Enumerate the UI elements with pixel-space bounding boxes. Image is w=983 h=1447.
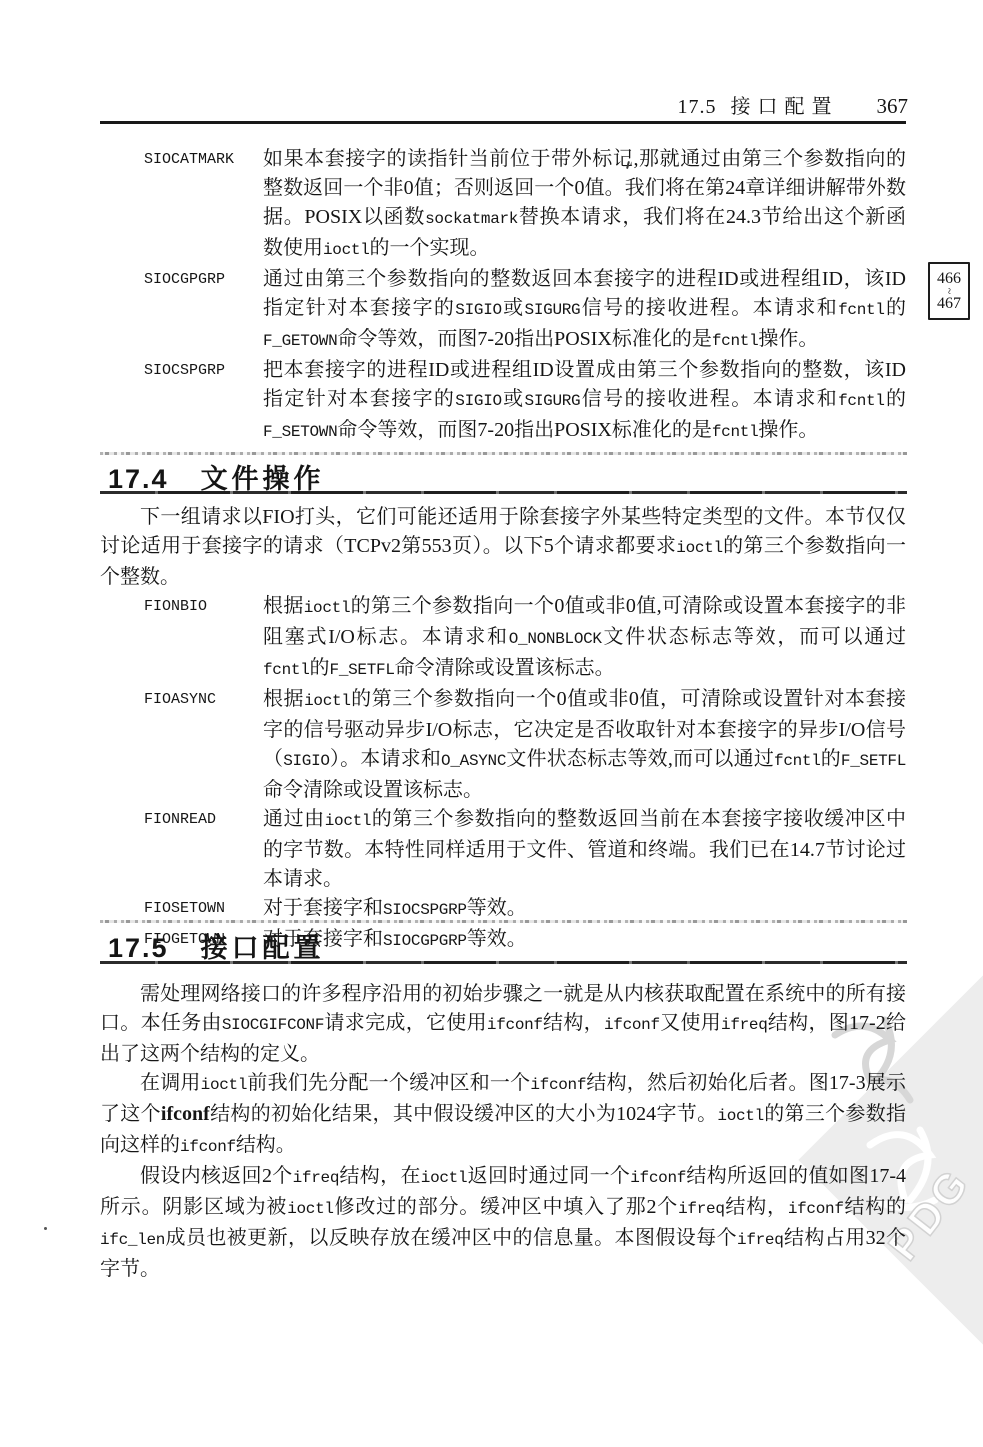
file-ops-intro: 下一组请求以FIO打头，它们可能还适用于除套接字外某些特定类型的文件。本节仅仅讨… [100, 503, 906, 592]
list-item: FIOASYNC 根据ioctl的第三个参数指向一个0值或非0值，可清除或设置针… [100, 685, 906, 805]
socket-requests-list: SIOCATMARK 如果本套接字的读指针当前位于带外标记,那就通过由第三个参数… [100, 145, 906, 447]
scan-dot-artifact [44, 1227, 47, 1230]
request-description: 通过由第三个参数指向的整数返回本套接字的进程ID或进程组ID，该ID指定针对本套… [263, 265, 906, 356]
book-page: PDG 17.5 接口配置 367 466 ~ 467 SIOCATMARK 如… [0, 0, 983, 1447]
heading-underline [100, 491, 907, 494]
section-divider [100, 452, 907, 455]
paragraph: 需处理网络接口的许多程序沿用的初始步骤之一就是从内核获取配置在系统中的所有接口。… [100, 980, 906, 1069]
request-term: FIONREAD [100, 805, 263, 894]
request-description: 通过由ioctl的第三个参数指向的整数返回当前在本套接字接收缓冲区中的字节数。本… [263, 805, 906, 894]
section-number: 17.5 [108, 933, 169, 964]
request-term: SIOCATMARK [100, 145, 263, 265]
list-item: SIOCGPGRP 通过由第三个参数指向的整数返回本套接字的进程ID或进程组ID… [100, 265, 906, 356]
request-description: 根据ioctl的第三个参数指向一个0值或非0值，可清除或设置针对本套接字的信号驱… [263, 685, 906, 805]
request-description: 如果本套接字的读指针当前位于带外标记,那就通过由第三个参数指向的整数返回一个非0… [263, 145, 906, 265]
running-header-section-number: 17.5 [678, 96, 717, 119]
margin-note-top: 466 [937, 271, 961, 286]
section-title: 接口配置 [201, 926, 325, 965]
list-item: SIOCSPGRP 把本套接字的进程ID或进程组ID设置成由第三个参数指向的整数… [100, 356, 906, 447]
margin-page-range-note: 466 ~ 467 [928, 262, 970, 320]
interface-config-body: 需处理网络接口的许多程序沿用的初始步骤之一就是从内核获取配置在系统中的所有接口。… [100, 980, 906, 1284]
margin-note-bottom: 467 [937, 296, 961, 311]
running-header-section-title: 接口配置 [731, 90, 839, 119]
request-description: 根据ioctl的第三个参数指向一个0值或非0值,可清除或设置本套接字的非阻塞式I… [263, 592, 906, 685]
paragraph: 在调用ioctl前我们先分配一个缓冲区和一个ifconf结构，然后初始化后者。图… [100, 1069, 906, 1162]
list-item: SIOCATMARK 如果本套接字的读指针当前位于带外标记,那就通过由第三个参数… [100, 145, 906, 265]
paragraph: 下一组请求以FIO打头，它们可能还适用于除套接字外某些特定类型的文件。本节仅仅讨… [100, 503, 906, 592]
section-heading-17-5: 17.5 接口配置 [108, 926, 325, 965]
running-header: 17.5 接口配置 367 [100, 90, 908, 119]
running-header-page-number: 367 [877, 94, 909, 119]
request-term: SIOCGPGRP [100, 265, 263, 356]
file-requests-list: FIONBIO 根据ioctl的第三个参数指向一个0值或非0值,可清除或设置本套… [100, 592, 906, 956]
list-item: FIONREAD 通过由ioctl的第三个参数指向的整数返回当前在本套接字接收缓… [100, 805, 906, 894]
request-term: FIONBIO [100, 592, 263, 685]
section-divider [100, 920, 907, 923]
request-description: 把本套接字的进程ID或进程组ID设置成由第三个参数指向的整数，该ID指定针对本套… [263, 356, 906, 447]
list-item: FIONBIO 根据ioctl的第三个参数指向一个0值或非0值,可清除或设置本套… [100, 592, 906, 685]
request-term: FIOASYNC [100, 685, 263, 805]
heading-underline [100, 961, 907, 964]
header-rule [100, 121, 906, 124]
request-description: 对于套接字和SIOCGPGRP等效。 [263, 925, 906, 956]
margin-note-tilde: ~ [944, 288, 954, 295]
paragraph: 假设内核返回2个ifreq结构，在ioctl返回时通过同一个ifconf结构所返… [100, 1162, 906, 1284]
request-term: SIOCSPGRP [100, 356, 263, 447]
